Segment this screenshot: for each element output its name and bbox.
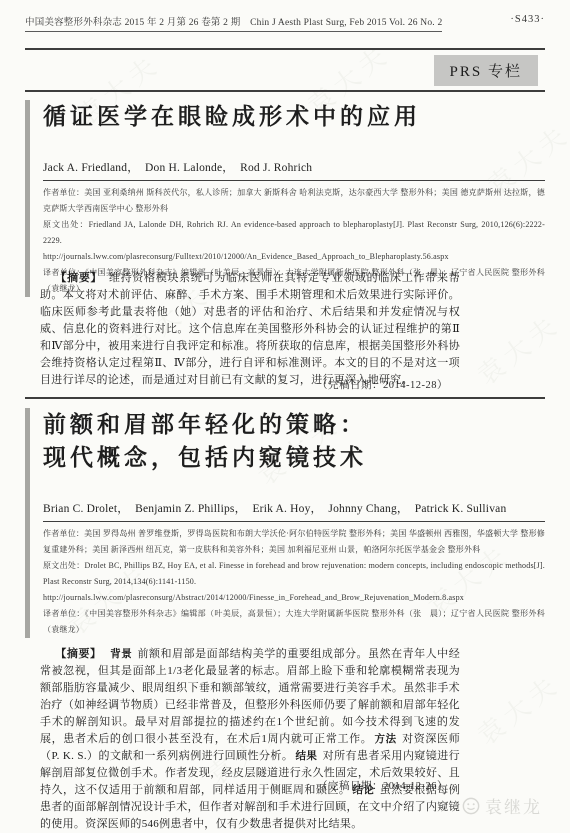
article-1-source-url: http://journals.lww.com/plasreconsurg/Fu… [43,249,545,265]
article-2-head: 前额和眉部年轻化的策略： 现代概念，包括内窥镜技术 Brian C. Drole… [25,408,545,638]
journal-page: 袁大夫 袁大夫 袁大夫 袁大夫 袁大夫 袁大夫 袁大夫 袁大夫 袁大夫 袁大夫 … [0,0,570,833]
article-2-title-line-1: 前额和眉部年轻化的策略： [43,408,545,441]
abstract-label: 【摘要】 [55,272,102,284]
article-1-completion-date: （完稿日期：2014-12-28） [40,377,460,392]
abstract-text: 前额和眉部是面部结构美学的重要组成部分。虽然在青年人中经常被忽视，但其是面部上1… [40,648,460,745]
authors-rule [43,521,545,522]
article-2-source-url: http://journals.lww.com/plasreconsurg/Ab… [43,590,545,606]
article-2-translator-affiliation: 译者单位：《中国美容整形外科杂志》编辑部（叶美辰，高景恒）；大连大学附属新华医院… [43,606,545,638]
page-number: ·S433· [510,14,545,25]
article-2-completion-date: （完稿日期：2014-12-26） [40,778,460,793]
prs-column-badge: PRS 专栏 [434,55,538,86]
article-2-source-citation: 原文出处：Drolet BC, Phillips BZ, Hoy EA, et … [43,558,545,590]
watermark-text: 袁大夫 [469,664,567,752]
abstract-label: 【摘要】 [55,648,101,660]
article-1-source-citation: 原文出处：Friedland JA, Lalonde DH, Rohrich R… [43,217,545,249]
article-1-abstract: 【摘要】维持资格模块系统可为临床医师在其特定专业领域的临床工作带来帮助。本文将对… [40,270,460,389]
prs-column-band: PRS 专栏 [25,48,545,92]
signature-name: 袁继龙 [485,793,542,818]
article-1-author-affiliation: 作者单位：美国 亚利桑纳州 斯科茨代尔，私人诊所；加拿大 新斯科舍 哈利法克斯，… [43,185,545,217]
article-2-abstract: 【摘要】背景前额和眉部是面部结构美学的重要组成部分。虽然在青年人中经常被忽视，但… [40,646,460,833]
article-2-author-affiliation: 作者单位：美国 罗得岛州 普罗维登斯，罗得岛医院和布朗大学沃伦·阿尔伯特医学院 … [43,526,545,558]
article-1-title: 循证医学在眼睑成形术中的应用 [43,100,545,133]
article-1-head: 循证医学在眼睑成形术中的应用 Jack A. Friedland， Don H.… [25,100,545,297]
article-1-authors: Jack A. Friedland， Don H. Lalonde， Rod J… [43,159,545,175]
article-divider [25,397,545,399]
page-header: 中国美容整形外科杂志 2015 年 2 月第 26 卷第 2 期 Chin J … [25,14,545,32]
watermark-signature: 袁继龙 [462,793,542,818]
abstract-keyword-results: 结果 [295,750,317,762]
article-2-authors: Brian C. Drolet， Benjamin Z. Phillips， E… [43,500,545,516]
watermark-text: 袁大夫 [469,304,567,392]
abstract-keyword-methods: 方法 [375,733,397,745]
smiley-face-icon [462,797,480,815]
article-2-title-line-2: 现代概念，包括内窥镜技术 [43,441,545,474]
journal-citation: 中国美容整形外科杂志 2015 年 2 月第 26 卷第 2 期 Chin J … [25,14,442,32]
abstract-text: 维持资格模块系统可为临床医师在其特定专业领域的临床工作带来帮助。本文将对术前评估… [40,272,460,386]
authors-rule [43,180,545,181]
abstract-keyword-background: 背景 [110,648,132,660]
